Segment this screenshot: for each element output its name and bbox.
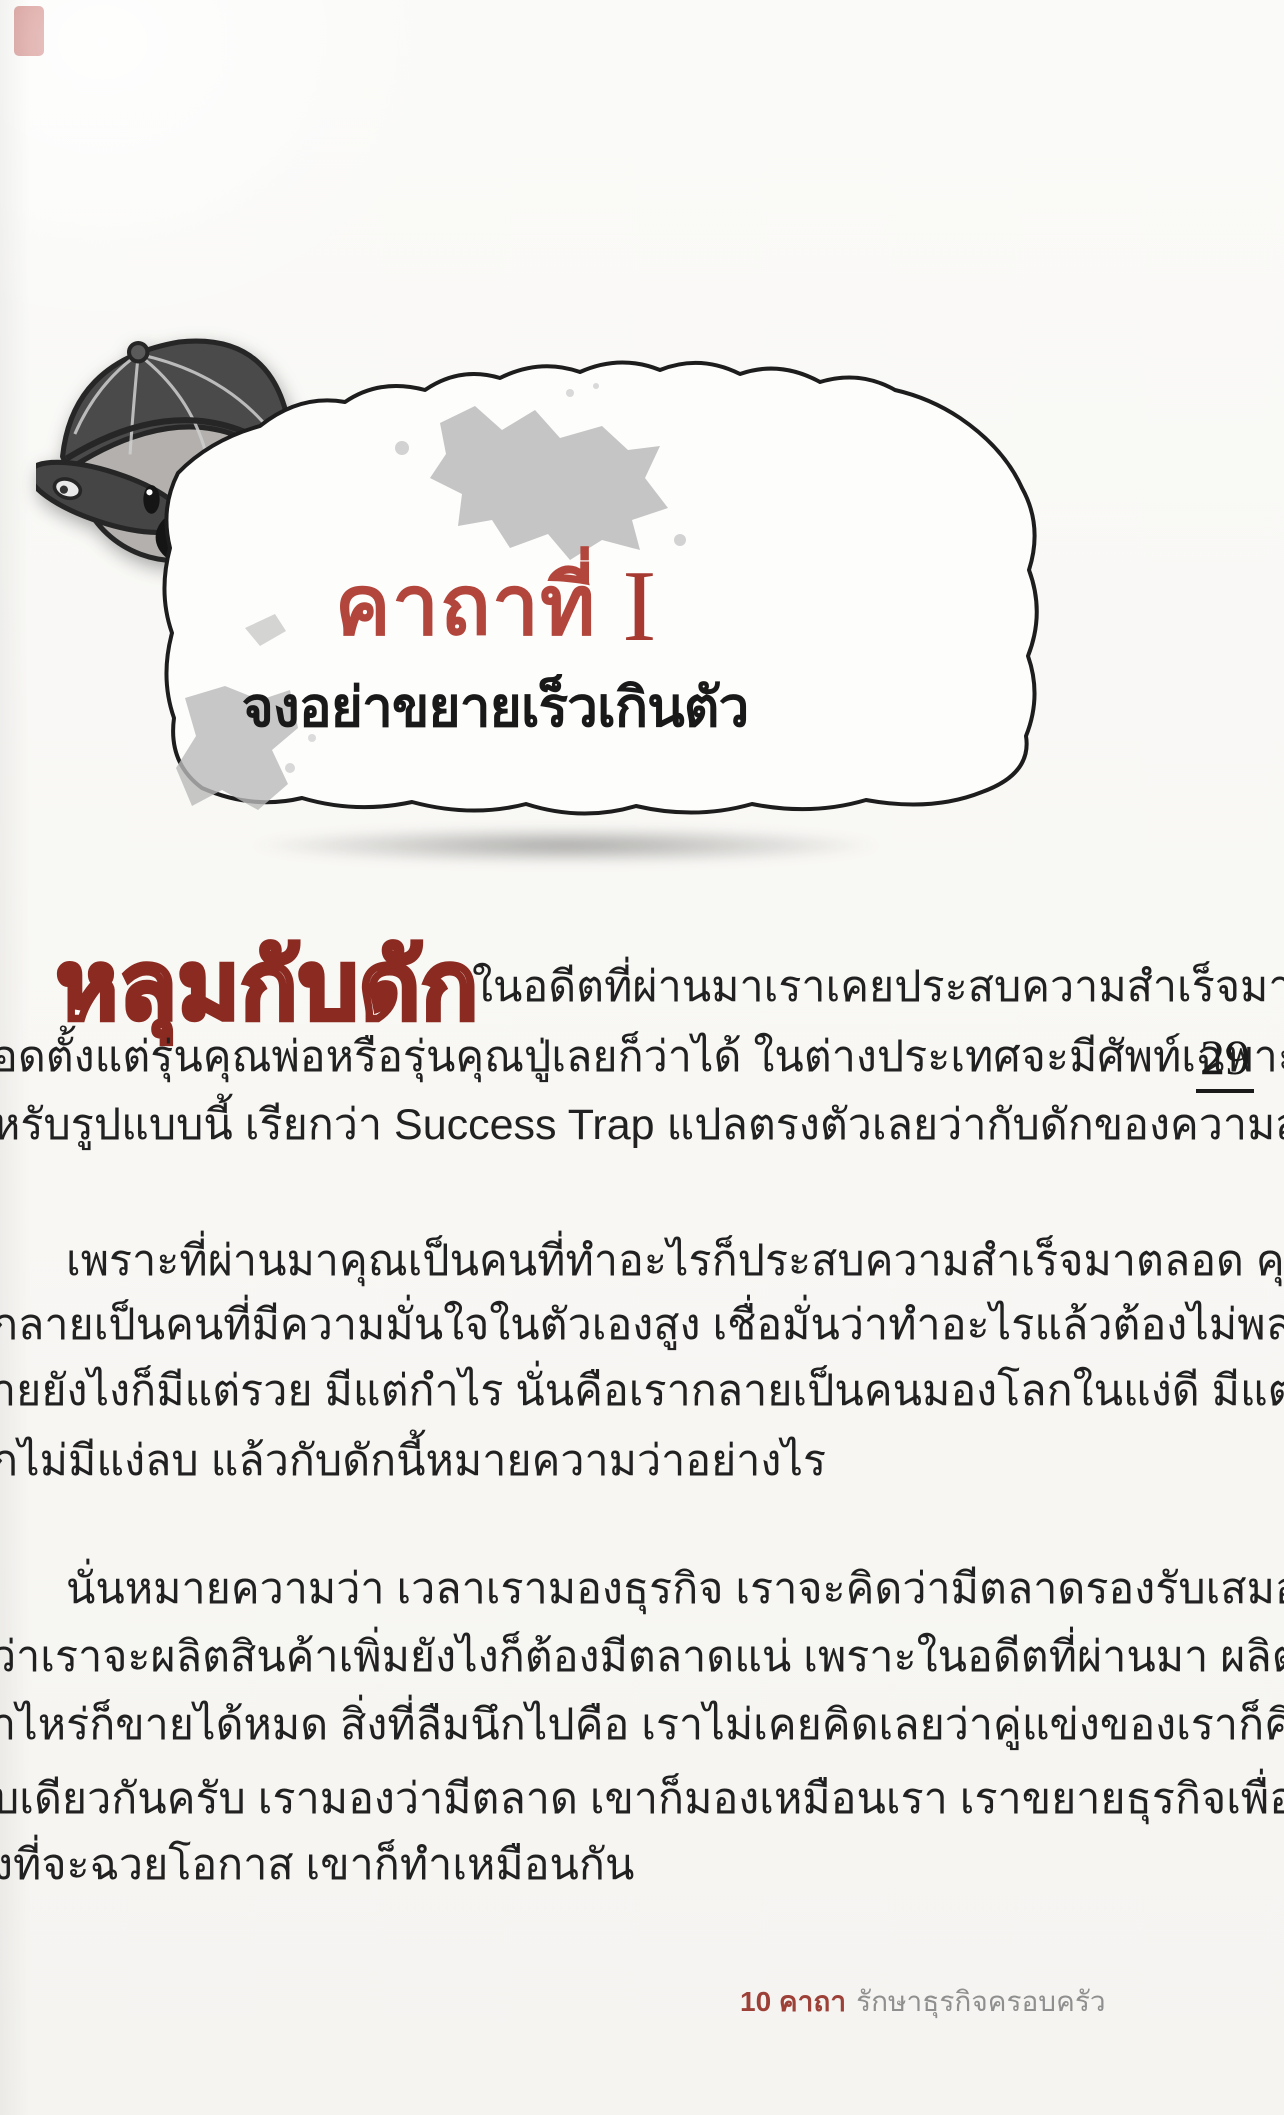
- lead-word: หลุมกับดัก: [56, 934, 479, 1037]
- chapter-subtitle: จงอย่าขยายเร็วเกินตัว: [190, 664, 800, 751]
- body-line: ังที่จะฉวยโอกาส เขาก็ทำเหมือนกัน: [0, 1840, 634, 1892]
- chapter-label: คาถาที่: [335, 558, 597, 652]
- body-line: กลายเป็นคนที่มีความมั่นใจในตัวเองสูง เชื…: [0, 1300, 1284, 1352]
- body-line: ว่าเราจะผลิตสินค้าเพิ่มยังไงก็ต้องมีตลาด…: [0, 1632, 1284, 1684]
- chapter-edge-tab: [14, 6, 44, 56]
- body-line: บเดียวกันครับ เรามองว่ามีตลาด เขาก็มองเห…: [0, 1774, 1284, 1826]
- body-line: อดตั้งแต่รุ่นคุณพ่อหรือรุ่นคุณปู่เลยก็ว่…: [0, 1032, 1284, 1084]
- body-line: ในอดีตที่ผ่านมาเราเคยประสบความสำเร็จมา: [472, 962, 1284, 1014]
- body-line: นั่นหมายความว่า เวลาเรามองธุรกิจ เราจะคิ…: [66, 1564, 1284, 1616]
- body-line: กไม่มีแง่ลบ แล้วกับดักนี้หมายความว่าอย่า…: [0, 1436, 826, 1488]
- body-line: เพราะที่ผ่านมาคุณเป็นคนที่ทำอะไรก็ประสบค…: [66, 1236, 1284, 1288]
- body-line: าไหร่ก็ขายได้หมด สิ่งที่ลืมนึกไปคือ เราไ…: [0, 1700, 1284, 1752]
- book-page: คาถาที่I จงอย่าขยายเร็วเกินตัว หลุมกับดั…: [0, 0, 1284, 2115]
- footer-series-title: 10 คาถา: [740, 1986, 846, 2017]
- chapter-title: คาถาที่I: [243, 556, 748, 658]
- page-footer: 10 คาถารักษาธุรกิจครอบครัว: [740, 1980, 1106, 2024]
- page-number: 29: [1196, 1028, 1254, 1093]
- chapter-numeral: I: [622, 550, 656, 663]
- body-line: ายยังไงก็มีแต่รวย มีแต่กำไร นั่นคือเรากล…: [0, 1366, 1284, 1418]
- footer-book-title: รักษาธุรกิจครอบครัว: [856, 1986, 1106, 2017]
- body-line: หรับรูปแบบนี้ เรียกว่า Success Trap แปลต…: [0, 1100, 1284, 1152]
